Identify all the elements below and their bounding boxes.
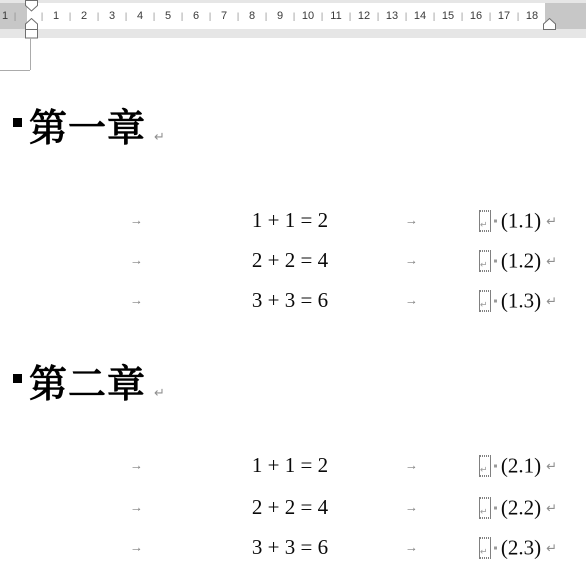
equation-number-cluster: ↵ (2.1) ↵ [479,454,557,479]
tab-mark-icon: → [130,539,143,554]
heading-text[interactable]: 第一章 [29,102,146,154]
equation-number[interactable]: (2.1) [501,454,541,479]
hidden-space-dot-icon [494,220,497,223]
ruler-scale[interactable]: |1|2|3|4|5|6|7|8|9|10|11|12|13|14|15|16|… [27,3,545,29]
ruler-tick: | [14,3,16,29]
outline-bullet-icon [13,374,22,383]
tab-mark-icon: → [130,212,143,227]
equation-number[interactable]: (1.3) [501,289,541,314]
ruler-number: 18 [526,3,538,29]
ruler-tick: | [377,3,379,29]
ruler-number: 11 [330,3,341,29]
tab-mark-icon: → [405,292,418,307]
ruler-tick: | [237,3,239,29]
ruler-tick: | [265,3,267,29]
ruler-number: 16 [470,3,482,29]
equation-number[interactable]: (2.2) [501,496,541,521]
first-line-indent-marker[interactable] [25,0,38,12]
paragraph-mark-icon: ↵ [154,129,165,145]
ruler-tick: | [405,3,407,29]
ruler-number: 4 [137,3,143,29]
crop-mark-horizontal [0,70,30,71]
hidden-space-dot-icon [494,507,497,510]
equation-row: → 1 + 1 = 2 → ↵ (2.1) ↵ [0,451,586,481]
hidden-bookmark-box: ↵ [479,211,491,232]
tab-mark-icon: → [130,252,143,267]
equation-row: → 3 + 3 = 6 → ↵ (1.3) ↵ [0,286,586,316]
ruler-tick: | [181,3,183,29]
equation-number[interactable]: (2.3) [501,536,541,561]
hidden-bookmark-box: ↵ [479,251,491,272]
equation-formula[interactable]: 2 + 2 = 4 [190,248,390,273]
outline-bullet-icon [13,118,22,127]
equation-row: → 1 + 1 = 2 → ↵ (1.1) ↵ [0,206,586,236]
paragraph-mark-icon: ↵ [546,458,557,474]
hidden-bookmark-box: ↵ [479,291,491,312]
ruler-number: 6 [193,3,199,29]
ruler-tick: | [489,3,491,29]
equation-formula[interactable]: 1 + 1 = 2 [190,208,390,233]
equation-number-cluster: ↵ (1.2) ↵ [479,249,557,274]
tab-mark-icon: → [130,292,143,307]
hidden-return-icon: ↵ [480,548,488,557]
equation-row: → 2 + 2 = 4 → ↵ (2.2) ↵ [0,493,586,523]
ruler-tick: | [293,3,295,29]
equation-number-cluster: ↵ (2.2) ↵ [479,496,557,521]
hidden-bookmark-box: ↵ [479,456,491,477]
hidden-return-icon: ↵ [480,301,488,310]
ruler-tick: | [461,3,463,29]
ruler-tick: | [41,3,43,29]
ruler-number: 9 [277,3,283,29]
ruler-tick: | [321,3,323,29]
tab-mark-icon: → [405,212,418,227]
hidden-bookmark-box: ↵ [479,498,491,519]
right-indent-marker[interactable] [543,18,556,30]
chapter-heading-1[interactable]: 第一章 ↵ [13,102,165,154]
hidden-return-icon: ↵ [480,508,488,517]
ruler-tick: | [125,3,127,29]
paragraph-mark-icon: ↵ [546,293,557,309]
tab-mark-icon: → [405,252,418,267]
hidden-return-icon: ↵ [480,261,488,270]
ruler-tick: | [69,3,71,29]
ruler-number: 8 [249,3,255,29]
ruler-number: 12 [358,3,370,29]
equation-number[interactable]: (1.1) [501,209,541,234]
crop-mark-vertical [30,38,31,70]
ruler-number: 2 [81,3,87,29]
ruler-number: 7 [221,3,227,29]
left-indent-marker[interactable] [25,29,38,39]
tab-mark-icon: → [405,539,418,554]
ruler-number: 15 [442,3,454,29]
hidden-space-dot-icon [494,465,497,468]
hidden-space-dot-icon [494,260,497,263]
ruler-number: 14 [414,3,426,29]
hidden-space-dot-icon [494,547,497,550]
equation-number-cluster: ↵ (1.1) ↵ [479,209,557,234]
equation-number[interactable]: (1.2) [501,249,541,274]
ruler-number: 3 [109,3,115,29]
paragraph-mark-icon: ↵ [546,500,557,516]
ruler-tick: | [97,3,99,29]
tab-mark-icon: → [130,457,143,472]
ruler-number: 13 [386,3,398,29]
document-window: 1 | |1|2|3|4|5|6|7|8|9|10|11|12|13|14|15… [0,0,586,562]
chapter-heading-2[interactable]: 第二章 ↵ [13,358,165,410]
ruler-tick: | [153,3,155,29]
tab-mark-icon: → [130,499,143,514]
ruler-tick: | [517,3,519,29]
tab-mark-icon: → [405,499,418,514]
hidden-return-icon: ↵ [480,466,488,475]
paragraph-mark-icon: ↵ [546,253,557,269]
ruler-tick: | [209,3,211,29]
equation-formula[interactable]: 1 + 1 = 2 [190,453,390,478]
paragraph-mark-icon: ↵ [546,540,557,556]
horizontal-ruler[interactable]: 1 | |1|2|3|4|5|6|7|8|9|10|11|12|13|14|15… [0,0,586,38]
ruler-number: 10 [302,3,314,29]
ruler-tick: | [349,3,351,29]
equation-number-cluster: ↵ (2.3) ↵ [479,536,557,561]
paragraph-mark-icon: ↵ [154,385,165,401]
equation-formula[interactable]: 3 + 3 = 6 [190,288,390,313]
equation-row: → 3 + 3 = 6 → ↵ (2.3) ↵ [0,533,586,562]
hidden-bookmark-box: ↵ [479,538,491,559]
equation-formula[interactable]: 3 + 3 = 6 [190,535,390,560]
equation-formula[interactable]: 2 + 2 = 4 [190,495,390,520]
equation-row: → 2 + 2 = 4 → ↵ (1.2) ↵ [0,246,586,276]
ruler-number: 17 [498,3,510,29]
heading-text[interactable]: 第二章 [29,358,146,410]
equation-number-cluster: ↵ (1.3) ↵ [479,289,557,314]
ruler-tick: | [433,3,435,29]
ruler-number: 1 [53,3,59,29]
hidden-space-dot-icon [494,300,497,303]
paragraph-mark-icon: ↵ [546,213,557,229]
ruler-margin-number: 1 [2,3,8,29]
ruler-number: 5 [165,3,171,29]
hidden-return-icon: ↵ [480,221,488,230]
tab-mark-icon: → [405,457,418,472]
